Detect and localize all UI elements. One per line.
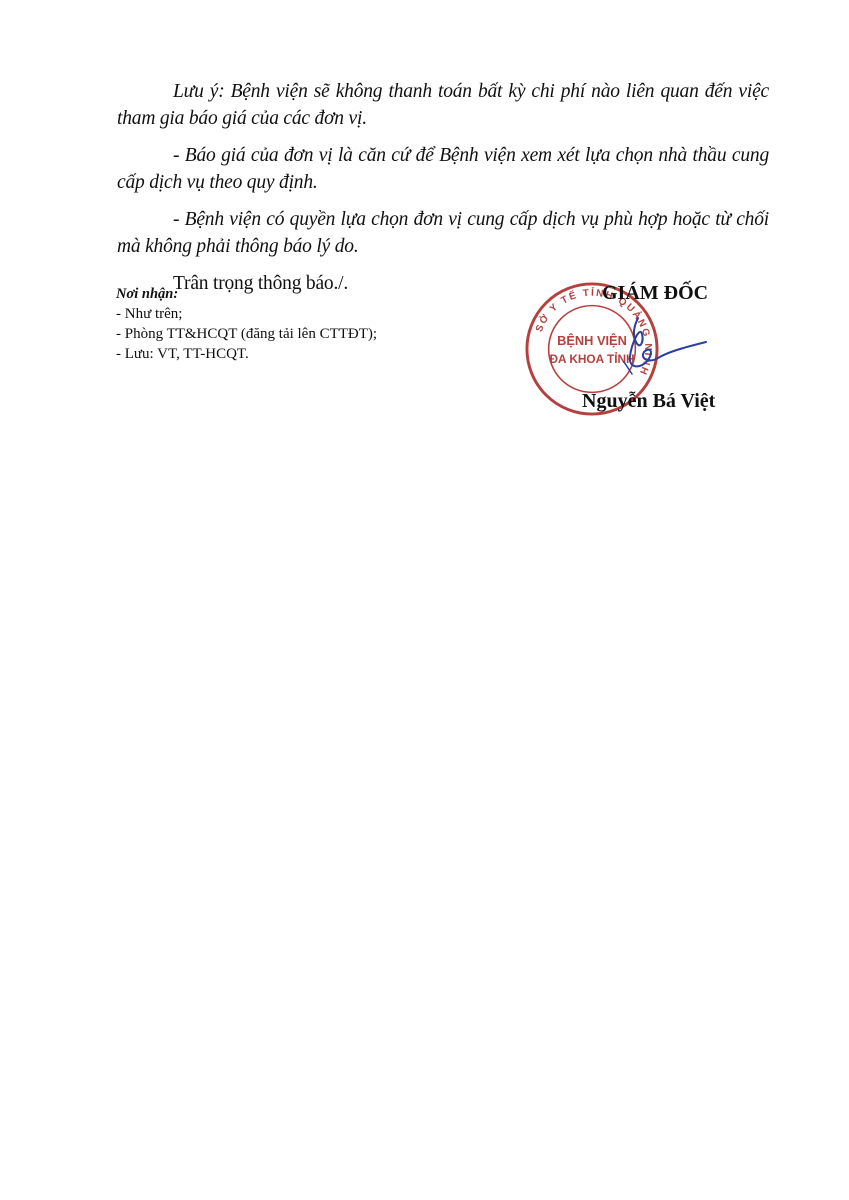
recipient-item: - Lưu: VT, TT-HCQT. xyxy=(116,344,377,364)
note-paragraph: Lưu ý: Bệnh viện sẽ không thanh toán bất… xyxy=(117,78,769,132)
signer-block: SỞ Y TẾ TỈNH QUẢNG NINH BỆNH VIỆN ĐA KHO… xyxy=(520,270,760,430)
recipients-heading: Nơi nhận: xyxy=(116,284,377,304)
signer-name: Nguyễn Bá Việt xyxy=(582,390,715,413)
quote-basis-paragraph: - Báo giá của đơn vị là căn cứ để Bệnh v… xyxy=(117,142,769,196)
document-page: Lưu ý: Bệnh viện sẽ không thanh toán bất… xyxy=(0,0,849,1200)
recipients-block: Nơi nhận: - Như trên; - Phòng TT&HCQT (đ… xyxy=(116,284,377,364)
recipient-item: - Phòng TT&HCQT (đăng tải lên CTTĐT); xyxy=(116,324,377,344)
hospital-rights-paragraph: - Bệnh viện có quyền lựa chọn đơn vị cun… xyxy=(117,206,769,260)
recipient-item: - Như trên; xyxy=(116,304,377,324)
signature-icon xyxy=(610,312,720,382)
signer-title: GIÁM ĐỐC xyxy=(602,282,708,305)
